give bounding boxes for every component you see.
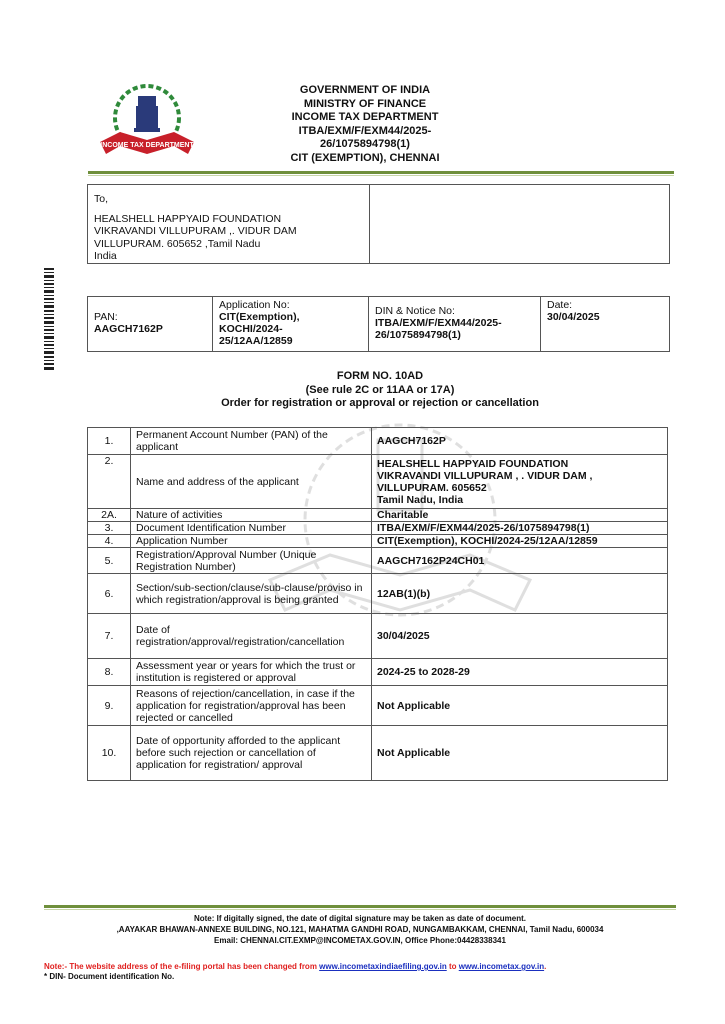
row-value-line: Not Applicable bbox=[377, 700, 662, 712]
row-number: 1. bbox=[88, 428, 131, 455]
application-label: Application No: bbox=[219, 299, 362, 311]
footer-address: ,AAYAKAR BHAWAN-ANNEXE BUILDING, NO.121,… bbox=[40, 924, 680, 935]
to-label: To, bbox=[94, 193, 363, 206]
row-value-line: 30/04/2025 bbox=[377, 630, 662, 642]
row-number: 3. bbox=[88, 522, 131, 535]
row-label: Section/sub-section/clause/sub-clause/pr… bbox=[131, 574, 372, 614]
barcode-icon bbox=[44, 268, 54, 372]
new-portal-link[interactable]: www.incometax.gov.in bbox=[459, 962, 544, 971]
table-row: 6.Section/sub-section/clause/sub-clause/… bbox=[88, 574, 668, 614]
addressee-block: To, HEALSHELL HAPPYAID FOUNDATION VIKRAV… bbox=[88, 185, 370, 263]
addressee-line: HEALSHELL HAPPYAID FOUNDATION bbox=[94, 213, 363, 226]
addressee-empty-cell bbox=[370, 185, 669, 263]
footer-divider-light bbox=[44, 909, 676, 910]
header-line: INCOME TAX DEPARTMENT bbox=[255, 111, 475, 125]
row-value: Not Applicable bbox=[372, 686, 668, 726]
addressee-line: India bbox=[94, 250, 363, 263]
row-value-line: VIKRAVANDI VILLUPURAM , . VIDUR DAM , bbox=[377, 470, 662, 482]
row-value-line: Not Applicable bbox=[377, 747, 662, 759]
header-line: ITBA/EXM/F/EXM44/2025- bbox=[255, 125, 475, 139]
table-row: 10.Date of opportunity afforded to the a… bbox=[88, 726, 668, 781]
row-label: Name and address of the applicant bbox=[131, 455, 372, 509]
row-label: Application Number bbox=[131, 535, 372, 548]
row-value-line: HEALSHELL HAPPYAID FOUNDATION bbox=[377, 458, 662, 470]
row-label: Date of registration/approval/registrati… bbox=[131, 614, 372, 659]
portal-note-text: Note:- The website address of the e-fili… bbox=[44, 962, 319, 971]
row-value: CIT(Exemption), KOCHI/2024-25/12AA/12859 bbox=[372, 535, 668, 548]
form-10ad-table: 1.Permanent Account Number (PAN) of the … bbox=[87, 427, 668, 781]
row-value: 12AB(1)(b) bbox=[372, 574, 668, 614]
row-number: 2. bbox=[88, 455, 131, 509]
pan-label: PAN: bbox=[94, 311, 206, 323]
application-value: KOCHI/2024- bbox=[219, 323, 362, 335]
row-number: 5. bbox=[88, 548, 131, 574]
row-value-line: 2024-25 to 2028-29 bbox=[377, 666, 662, 678]
row-value: ITBA/EXM/F/EXM44/2025-26/1075894798(1) bbox=[372, 522, 668, 535]
row-value: AAGCH7162P bbox=[372, 428, 668, 455]
footer-block: Note: If digitally signed, the date of d… bbox=[40, 913, 680, 946]
footer-divider bbox=[44, 905, 676, 908]
row-value: 30/04/2025 bbox=[372, 614, 668, 659]
footer-contact: Email: CHENNAI.CIT.EXMP@INCOMETAX.GOV.IN… bbox=[40, 935, 680, 946]
row-number: 9. bbox=[88, 686, 131, 726]
table-row: 9.Reasons of rejection/cancellation, in … bbox=[88, 686, 668, 726]
row-number: 4. bbox=[88, 535, 131, 548]
footer-note: Note: If digitally signed, the date of d… bbox=[40, 913, 680, 924]
header-line: 26/1075894798(1) bbox=[255, 138, 475, 152]
form-title: FORM NO. 10AD bbox=[150, 370, 610, 384]
table-row: 7.Date of registration/approval/registra… bbox=[88, 614, 668, 659]
header-line: MINISTRY OF FINANCE bbox=[255, 98, 475, 112]
logo-text: INCOME TAX DEPARTMENT bbox=[100, 142, 194, 149]
barcode bbox=[44, 268, 54, 372]
form-rule: (See rule 2C or 11AA or 17A) bbox=[150, 384, 610, 398]
row-label: Date of opportunity afforded to the appl… bbox=[131, 726, 372, 781]
table-row: 3.Document Identification NumberITBA/EXM… bbox=[88, 522, 668, 535]
row-label: Document Identification Number bbox=[131, 522, 372, 535]
row-label: Registration/Approval Number (Unique Reg… bbox=[131, 548, 372, 574]
portal-note-mid: to bbox=[447, 962, 459, 971]
din-label: DIN & Notice No: bbox=[375, 305, 534, 317]
application-value: CIT(Exemption), bbox=[219, 311, 362, 323]
din-value: ITBA/EXM/F/EXM44/2025- bbox=[375, 317, 534, 329]
row-value-line: AAGCH7162P24CH01 bbox=[377, 555, 662, 567]
pan-cell: PAN: AAGCH7162P bbox=[88, 297, 213, 351]
header-divider bbox=[88, 171, 674, 174]
pan-value: AAGCH7162P bbox=[94, 323, 206, 335]
row-value: Not Applicable bbox=[372, 726, 668, 781]
row-label: Nature of activities bbox=[131, 509, 372, 522]
table-row: 2A.Nature of activitiesCharitable bbox=[88, 509, 668, 522]
row-value: AAGCH7162P24CH01 bbox=[372, 548, 668, 574]
row-label: Reasons of rejection/cancellation, in ca… bbox=[131, 686, 372, 726]
document-header: GOVERNMENT OF INDIA MINISTRY OF FINANCE … bbox=[255, 84, 475, 166]
row-number: 6. bbox=[88, 574, 131, 614]
row-number: 10. bbox=[88, 726, 131, 781]
table-row: 1.Permanent Account Number (PAN) of the … bbox=[88, 428, 668, 455]
row-value: HEALSHELL HAPPYAID FOUNDATIONVIKRAVANDI … bbox=[372, 455, 668, 509]
header-line: CIT (EXEMPTION), CHENNAI bbox=[255, 152, 475, 166]
row-value-line: Charitable bbox=[377, 509, 662, 521]
header-divider-light bbox=[88, 175, 674, 176]
table-row: 4.Application NumberCIT(Exemption), KOCH… bbox=[88, 535, 668, 548]
din-value: 26/1075894798(1) bbox=[375, 329, 534, 341]
row-value: Charitable bbox=[372, 509, 668, 522]
addressee-box: To, HEALSHELL HAPPYAID FOUNDATION VIKRAV… bbox=[87, 184, 670, 264]
row-value-line: CIT(Exemption), KOCHI/2024-25/12AA/12859 bbox=[377, 535, 662, 547]
old-portal-link[interactable]: www.incometaxindiaefiling.gov.in bbox=[319, 962, 447, 971]
form-subtitle: Order for registration or approval or re… bbox=[150, 397, 610, 411]
date-value: 30/04/2025 bbox=[547, 311, 663, 323]
application-cell: Application No: CIT(Exemption), KOCHI/20… bbox=[213, 297, 369, 351]
application-value: 25/12AA/12859 bbox=[219, 335, 362, 347]
row-value-line: ITBA/EXM/F/EXM44/2025-26/1075894798(1) bbox=[377, 522, 662, 534]
row-value: 2024-25 to 2028-29 bbox=[372, 659, 668, 686]
row-value-line: AAGCH7162P bbox=[377, 435, 662, 447]
portal-note: Note:- The website address of the e-fili… bbox=[44, 962, 684, 982]
table-row: 5.Registration/Approval Number (Unique R… bbox=[88, 548, 668, 574]
row-number: 2A. bbox=[88, 509, 131, 522]
reference-info-box: PAN: AAGCH7162P Application No: CIT(Exem… bbox=[87, 296, 670, 352]
row-number: 8. bbox=[88, 659, 131, 686]
row-label: Assessment year or years for which the t… bbox=[131, 659, 372, 686]
row-number: 7. bbox=[88, 614, 131, 659]
form-title-block: FORM NO. 10AD (See rule 2C or 11AA or 17… bbox=[150, 370, 610, 411]
table-row: 8.Assessment year or years for which the… bbox=[88, 659, 668, 686]
row-label: Permanent Account Number (PAN) of the ap… bbox=[131, 428, 372, 455]
din-footnote: * DIN- Document identification No. bbox=[44, 972, 684, 982]
row-value-line: Tamil Nadu, India bbox=[377, 494, 662, 506]
date-label: Date: bbox=[547, 299, 663, 311]
addressee-line: VIKRAVANDI VILLUPURAM ,. VIDUR DAM bbox=[94, 225, 363, 238]
row-value-line: VILLUPURAM. 605652 bbox=[377, 482, 662, 494]
date-cell: Date: 30/04/2025 bbox=[541, 297, 669, 351]
table-row: 2.Name and address of the applicantHEALS… bbox=[88, 455, 668, 509]
portal-note-end: . bbox=[544, 962, 546, 971]
emblem-icon: INCOME TAX DEPARTMENT bbox=[92, 80, 202, 165]
header-line: GOVERNMENT OF INDIA bbox=[255, 84, 475, 98]
din-cell: DIN & Notice No: ITBA/EXM/F/EXM44/2025- … bbox=[369, 297, 541, 351]
income-tax-logo: INCOME TAX DEPARTMENT bbox=[92, 80, 202, 165]
row-value-line: 12AB(1)(b) bbox=[377, 588, 662, 600]
addressee-line: VILLUPURAM. 605652 ,Tamil Nadu bbox=[94, 238, 363, 251]
